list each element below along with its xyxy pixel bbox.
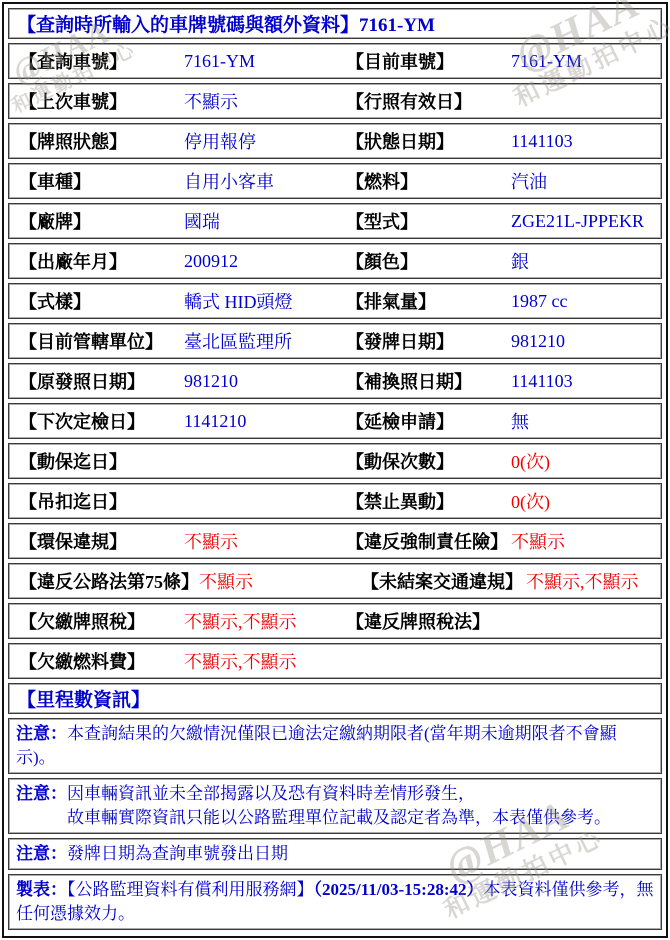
- field-label: 【違反公路法第75條】: [19, 568, 199, 594]
- field-label: 【廠牌】: [19, 208, 184, 234]
- field-value: 981210: [184, 371, 346, 392]
- field-value: 不顯示: [184, 88, 346, 114]
- field-label: 【違反牌照稅法】: [346, 608, 511, 634]
- field-label: 【動保迄日】: [19, 448, 184, 474]
- field-label: 【禁止異動】: [346, 488, 511, 514]
- section-header-mileage: 【里程數資訊】: [8, 683, 662, 714]
- field-value: 7161-YM: [511, 51, 657, 72]
- field-label: 【出廠年月】: [19, 248, 184, 274]
- field-label: 【狀態日期】: [346, 128, 511, 154]
- row-jurisdiction-issue-date: 【目前管轄單位】 臺北區監理所 【發牌日期】 981210: [8, 323, 662, 359]
- note-text: 因車輛資訊並未全部揭露以及恐有資料時差情形發生，: [67, 784, 475, 803]
- field-value: 981210: [511, 331, 657, 352]
- field-label: 【式樣】: [19, 288, 184, 314]
- row-last-plate: 【上次車號】 不顯示 【行照有效日】: [8, 83, 662, 119]
- page-title: 【查詢時所輸入的車牌號碼與額外資料】7161-YM: [17, 10, 435, 37]
- field-value: 不顯示: [511, 528, 657, 554]
- field-value: 不顯示: [199, 568, 361, 594]
- note-prefix: 注意：: [16, 844, 67, 863]
- field-label: 【未結案交通違規】: [361, 568, 526, 594]
- row-highway-act-violation: 【違反公路法第75條】 不顯示 【未結案交通違規】 不顯示,不顯示: [8, 563, 662, 599]
- field-value: 7161-YM: [184, 51, 346, 72]
- note-prefix: 注意：: [16, 724, 67, 743]
- field-label: 【顏色】: [346, 248, 511, 274]
- field-label: 【查詢車號】: [19, 48, 184, 74]
- field-label: 【發牌日期】: [346, 328, 511, 354]
- field-label: 【排氣量】: [346, 288, 511, 314]
- report-footer: 製表：【公路監理資料有償利用服務網】（2025/11/03-15:28:42）本…: [8, 874, 662, 930]
- field-value: 國瑞: [184, 208, 346, 234]
- report-title-bar: 【查詢時所輸入的車牌號碼與額外資料】7161-YM: [8, 8, 662, 39]
- footer-prefix: 製表：: [16, 880, 67, 899]
- section-title: 【里程數資訊】: [17, 685, 150, 712]
- field-label: 【牌照狀態】: [19, 128, 184, 154]
- vehicle-report-page: 【查詢時所輸入的車牌號碼與額外資料】7161-YM 【查詢車號】 7161-YM…: [0, 0, 670, 940]
- row-license-tax: 【欠繳牌照稅】 不顯示,不顯示 【違反牌照稅法】: [8, 603, 662, 639]
- field-value: 1141210: [184, 411, 346, 432]
- row-epa-violation: 【環保違規】 不顯示 【違反強制責任險】 不顯示: [8, 523, 662, 559]
- field-value: 臺北區監理所: [184, 328, 346, 354]
- field-value: 銀: [511, 248, 657, 274]
- field-value: 轎式 HID頭燈: [184, 288, 346, 314]
- field-value: 不顯示,不顯示: [184, 608, 346, 634]
- field-value: 不顯示,不顯示: [184, 648, 346, 674]
- field-label: 【補換照日期】: [346, 368, 511, 394]
- note-prefix: 注意：: [16, 784, 67, 803]
- row-query-plate: 【查詢車號】 7161-YM 【目前車號】 7161-YM: [8, 43, 662, 79]
- field-label: 【吊扣迄日】: [19, 488, 184, 514]
- row-suspension: 【吊扣迄日】 【禁止異動】 0(次): [8, 483, 662, 519]
- row-vehicle-type-fuel: 【車種】 自用小客車 【燃料】 汽油: [8, 163, 662, 199]
- field-label: 【延檢申請】: [346, 408, 511, 434]
- note-data-disclaimer: 注意：因車輛資訊並未全部揭露以及恐有資料時差情形發生， 故車輛實際資訊只能以公路…: [8, 778, 662, 834]
- row-lien: 【動保迄日】 【動保次數】 0(次): [8, 443, 662, 479]
- row-next-inspection: 【下次定檢日】 1141210 【延檢申請】 無: [8, 403, 662, 439]
- field-value: 0(次): [511, 448, 657, 474]
- field-value: 1141103: [511, 131, 657, 152]
- field-value: 200912: [184, 251, 346, 272]
- field-label: 【環保違規】: [19, 528, 184, 554]
- note-issue-date: 注意：發牌日期為查詢車號發出日期: [8, 838, 662, 870]
- field-value: 汽油: [511, 168, 657, 194]
- field-label: 【車種】: [19, 168, 184, 194]
- row-license-status: 【牌照狀態】 停用報停 【狀態日期】 1141103: [8, 123, 662, 159]
- note-text: 本查詢結果的欠繳情況僅限已逾法定繳納期限者(當年期未逾期限者不會顯示)。: [16, 724, 617, 767]
- note-text: 故車輛實際資訊只能以公路監理單位記載及認定者為準，本表僅供參考。: [16, 806, 654, 830]
- field-label: 【動保次數】: [346, 448, 511, 474]
- field-label: 【欠繳牌照稅】: [19, 608, 184, 634]
- row-original-reissue-date: 【原發照日期】 981210 【補換照日期】 1141103: [8, 363, 662, 399]
- field-value: 無: [511, 408, 657, 434]
- row-fuel-fee: 【欠繳燃料費】 不顯示,不顯示: [8, 643, 662, 679]
- note-text: 發牌日期為查詢車號發出日期: [67, 844, 288, 863]
- row-make-model: 【廠牌】 國瑞 【型式】 ZGE21L-JPPEKR: [8, 203, 662, 239]
- note-overdue-payments: 注意：本查詢結果的欠繳情況僅限已逾法定繳納期限者(當年期未逾期限者不會顯示)。: [8, 718, 662, 774]
- field-value: 停用報停: [184, 128, 346, 154]
- field-label: 【燃料】: [346, 168, 511, 194]
- report-frame: 【查詢時所輸入的車牌號碼與額外資料】7161-YM 【查詢車號】 7161-YM…: [2, 2, 668, 938]
- footer-timestamp: （2025/11/03-15:28:42）: [314, 880, 484, 899]
- field-value: 0(次): [511, 488, 657, 514]
- field-label: 【型式】: [346, 208, 511, 234]
- field-value: 不顯示,不顯示: [526, 568, 657, 594]
- row-style-displacement: 【式樣】 轎式 HID頭燈 【排氣量】 1987 cc: [8, 283, 662, 319]
- field-value: ZGE21L-JPPEKR: [511, 211, 657, 232]
- field-value: 不顯示: [184, 528, 346, 554]
- field-label: 【目前管轄單位】: [19, 328, 184, 354]
- field-label: 【原發照日期】: [19, 368, 184, 394]
- field-value: 自用小客車: [184, 168, 346, 194]
- field-label: 【上次車號】: [19, 88, 184, 114]
- field-label: 【下次定檢日】: [19, 408, 184, 434]
- field-value: 1987 cc: [511, 291, 657, 312]
- row-manufacture-color: 【出廠年月】 200912 【顏色】 銀: [8, 243, 662, 279]
- field-value: 1141103: [511, 371, 657, 392]
- field-label: 【行照有效日】: [346, 88, 511, 114]
- field-label: 【欠繳燃料費】: [19, 648, 184, 674]
- field-label: 【目前車號】: [346, 48, 511, 74]
- field-label: 【違反強制責任險】: [346, 528, 511, 554]
- footer-source: 【公路監理資料有償利用服務網】: [67, 880, 314, 899]
